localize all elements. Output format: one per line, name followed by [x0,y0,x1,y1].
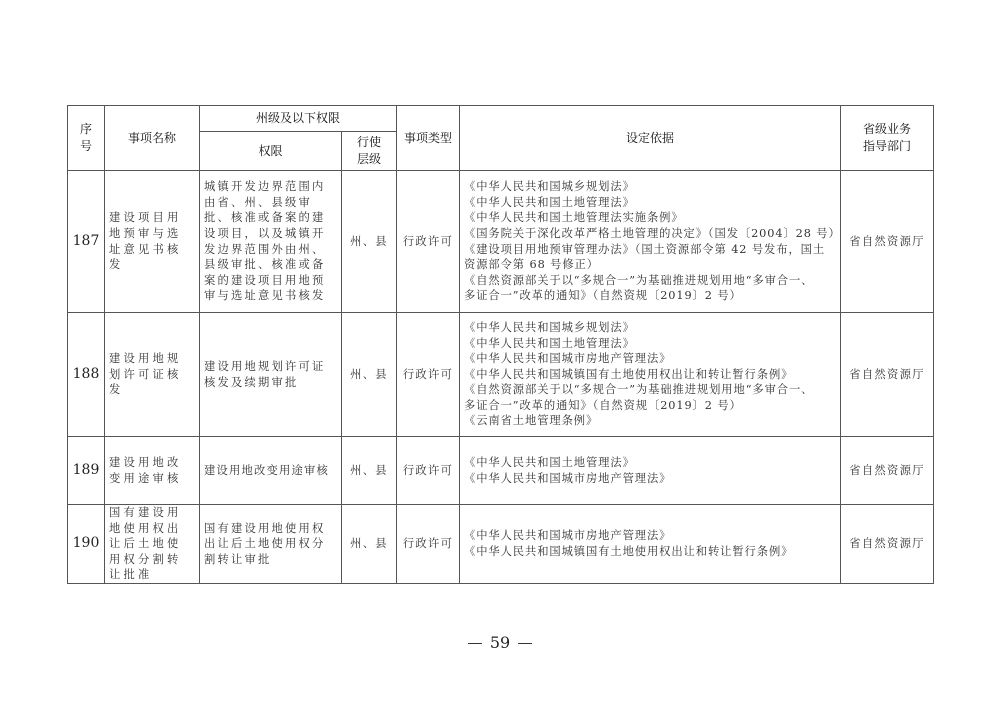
header-dept: 省级业务 指导部门 [841,106,934,171]
row-dept: 省自然资源厅 [841,171,934,313]
basis-line: 《中华人民共和国城乡规划法》 [464,179,836,195]
basis-line: 《云南省土地管理条例》 [464,413,836,429]
header-level-line2: 层级 [346,151,392,168]
basis-line: 资源部令第 68 号修正） [464,257,836,273]
basis-line: 《中华人民共和国土地管理法实施条例》 [464,210,836,226]
header-authority: 权限 [200,132,342,171]
basis-line: 《中华人民共和国城市房地产管理法》 [464,351,836,367]
basis-line: 《自然资源部关于以“多规合一”为基础推进规划用地“多审合一、 [464,382,836,398]
row-item-type: 行政许可 [397,171,460,313]
row-dept: 省自然资源厅 [841,505,934,584]
basis-line: 多证合一”改革的通知》（自然资规〔2019〕2 号） [464,288,836,304]
header-group-authority: 州级及以下权限 [200,106,397,132]
header-item-name: 事项名称 [105,106,200,171]
row-authority: 国有建设用地使用权出让后土地使用权分割转让审批 [200,505,342,584]
row-dept: 省自然资源厅 [841,437,934,505]
row-authority: 建设用地改变用途审核 [200,437,342,505]
header-dept-line1: 省级业务 [845,121,929,138]
row-level: 州、县 [342,505,397,584]
table-row: 190 国有建设用地使用权出让后土地使用权分割转让批准 国有建设用地使用权出让后… [68,505,934,584]
row-level: 州、县 [342,171,397,313]
page-footer: 59 [0,633,1000,652]
table-row: 187 建设项目用地预审与选址意见书核发 城镇开发边界范围内由省、州、县级审批、… [68,171,934,313]
permissions-table: 序 号 事项名称 州级及以下权限 事项类型 设定依据 省级业务 指导部门 权限 … [67,105,934,584]
row-authority: 城镇开发边界范围内由省、州、县级审批、核准或备案的建设项目，以及城镇开发边界范围… [200,171,342,313]
header-seq: 序 号 [68,106,105,171]
row-basis: 《中华人民共和国城乡规划法》 《中华人民共和国土地管理法》 《中华人民共和国城市… [460,313,841,437]
basis-line: 《自然资源部关于以“多规合一”为基础推进规划用地“多审合一、 [464,273,836,289]
row-seq: 187 [68,171,105,313]
row-item-name: 国有建设用地使用权出让后土地使用权分割转让批准 [105,505,200,584]
row-item-type: 行政许可 [397,313,460,437]
row-authority: 建设用地规划许可证核发及续期审批 [200,313,342,437]
basis-line: 《中华人民共和国土地管理法》 [464,195,836,211]
row-seq: 190 [68,505,105,584]
basis-line: 《建设项目用地预审管理办法》（国土资源部令第 42 号发布，国土 [464,242,836,258]
row-item-type: 行政许可 [397,437,460,505]
row-level: 州、县 [342,313,397,437]
row-item-type: 行政许可 [397,505,460,584]
header-basis: 设定依据 [460,106,841,171]
basis-line: 《中华人民共和国土地管理法》 [464,336,836,352]
basis-line: 《中华人民共和国城镇国有土地使用权出让和转让暂行条例》 [464,367,836,383]
basis-line: 《中华人民共和国土地管理法》 [464,455,836,471]
basis-line: 《中华人民共和国城市房地产管理法》 [464,471,836,487]
basis-line: 《中华人民共和国城镇国有土地使用权出让和转让暂行条例》 [464,544,836,560]
header-level: 行使 层级 [342,132,397,171]
basis-line: 《中华人民共和国城乡规划法》 [464,320,836,336]
row-level: 州、县 [342,437,397,505]
row-item-name: 建设用地改变用途审核 [105,437,200,505]
row-item-name: 建设项目用地预审与选址意见书核发 [105,171,200,313]
row-item-name: 建设用地规划许可证核发 [105,313,200,437]
dash-right [518,643,532,644]
row-dept: 省自然资源厅 [841,313,934,437]
header-item-type: 事项类型 [397,106,460,171]
basis-line: 《中华人民共和国城市房地产管理法》 [464,528,836,544]
row-basis: 《中华人民共和国城市房地产管理法》 《中华人民共和国城镇国有土地使用权出让和转让… [460,505,841,584]
row-basis: 《中华人民共和国土地管理法》 《中华人民共和国城市房地产管理法》 [460,437,841,505]
basis-line: 《国务院关于深化改革严格土地管理的决定》（国发〔2004〕28 号） [464,226,836,242]
row-seq: 188 [68,313,105,437]
dash-left [468,643,482,644]
table-row: 188 建设用地规划许可证核发 建设用地规划许可证核发及续期审批 州、县 行政许… [68,313,934,437]
header-seq-line1: 序 [72,121,100,138]
header-level-line1: 行使 [346,134,392,151]
row-basis: 《中华人民共和国城乡规划法》 《中华人民共和国土地管理法》 《中华人民共和国土地… [460,171,841,313]
header-dept-line2: 指导部门 [845,138,929,155]
row-seq: 189 [68,437,105,505]
header-seq-line2: 号 [72,138,100,155]
table-row: 189 建设用地改变用途审核 建设用地改变用途审核 州、县 行政许可 《中华人民… [68,437,934,505]
basis-line: 多证合一”改革的通知》（自然资规〔2019〕2 号） [464,398,836,414]
page-number: 59 [490,633,510,652]
